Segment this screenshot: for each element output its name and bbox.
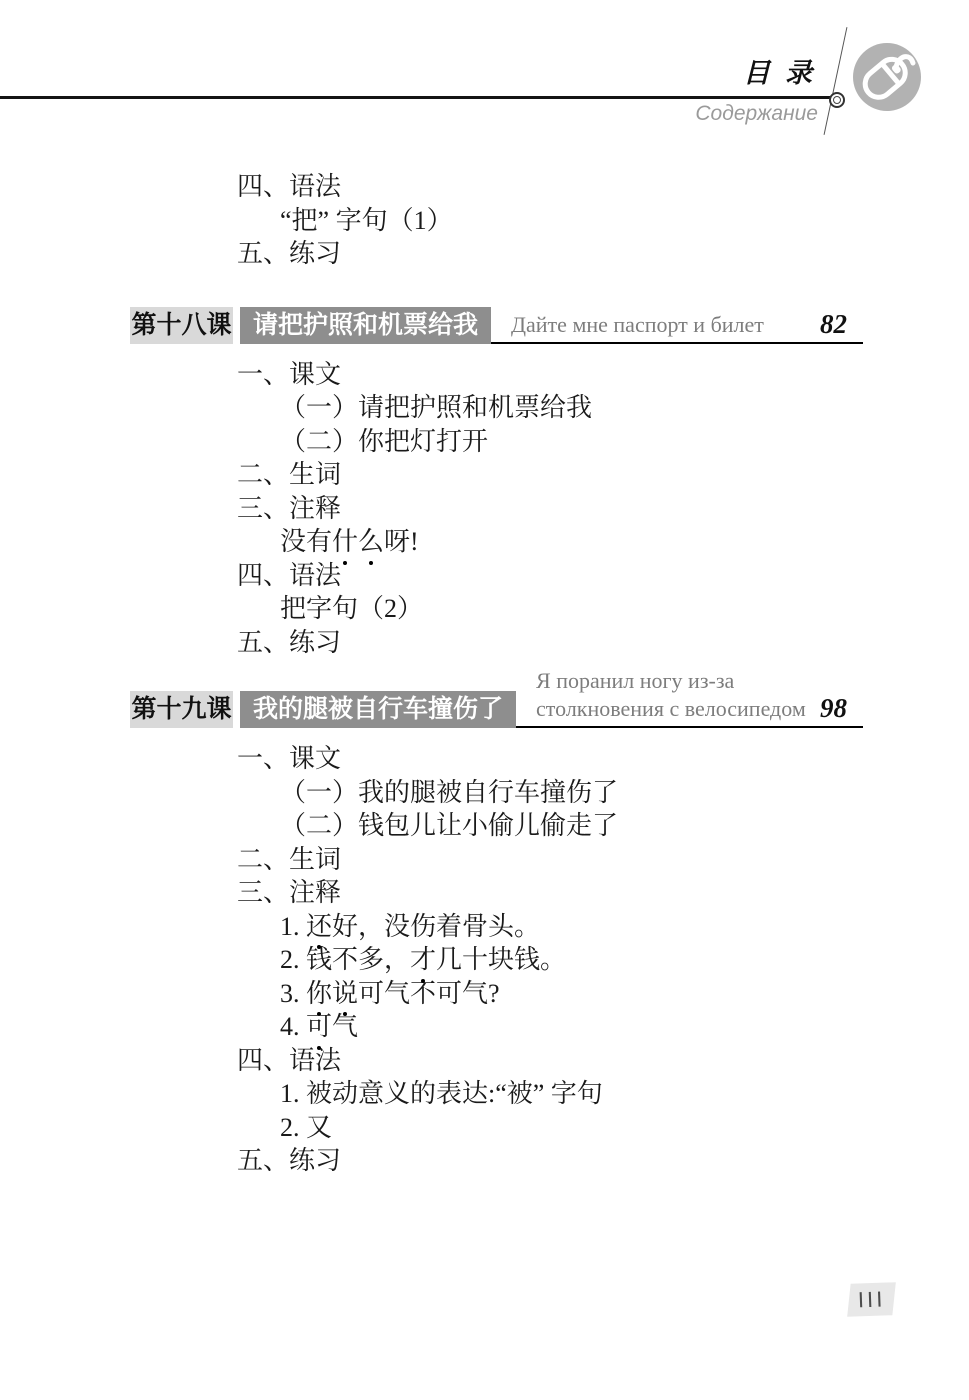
toc-item: 一、课文 (237, 358, 863, 392)
text-run: 四、语法 (237, 1046, 341, 1075)
emphasized-char: 可 (306, 1010, 332, 1044)
toc-item: 2. 又 (280, 1111, 863, 1145)
toc-item: 二、生词 (237, 843, 863, 877)
lesson-header-right: Дайте мне паспорт и билет82 (491, 307, 863, 344)
text-run: 四、语法 (237, 561, 341, 590)
lesson-page-number: 82 (820, 309, 863, 342)
text-run: 4. (280, 1012, 306, 1041)
toc-item: 一、课文 (237, 742, 863, 776)
text-run: 一、课文 (237, 744, 341, 773)
emphasized-char: 才 (410, 943, 436, 977)
emphasized-char: 你 (306, 977, 332, 1011)
text-run: 1. 被动意义的表达:“被” 字句 (280, 1079, 603, 1108)
text-run: （一）我的腿被自行车撞伤了 (280, 778, 618, 807)
emphasized-char: 么 (358, 525, 384, 559)
toc-item: 把字句（2） (280, 592, 863, 626)
text-run: 二、生词 (237, 845, 341, 874)
lesson-subtitle-russian: Я поранил ногу из-застолкновения с велос… (516, 667, 820, 726)
lesson-title: 我的腿被自行车撞伤了 (240, 691, 516, 728)
toc-item: 1. 还好，没伤着骨头。 (280, 910, 863, 944)
text-run: 五、练习 (237, 239, 341, 268)
lesson-title: 请把护照和机票给我 (240, 307, 491, 344)
lesson-page-number: 98 (820, 693, 863, 726)
text-run: （二）钱包儿让小偷儿偷走了 (280, 811, 618, 840)
lesson-header: 第十八课请把护照和机票给我Дайте мне паспорт и билет82 (130, 307, 863, 344)
text-run: 1. (280, 912, 306, 941)
toc-item: （一）我的腿被自行车撞伤了 (280, 776, 863, 810)
text-run: 可气不可气? (358, 979, 500, 1008)
lesson-number-tag: 第十八课 (130, 307, 233, 344)
folio-page-number: III (847, 1282, 896, 1317)
toc-item: 三、注释 (237, 492, 863, 526)
toc-item: “把” 字句（1） (280, 204, 863, 238)
toc-item: 三、注释 (237, 876, 863, 910)
toc-page: 目 录 Содержание 四、语法“把” 字句（1）五、练习第十八课请把护照… (0, 0, 969, 1400)
text-run: 气 (332, 1012, 358, 1041)
toc-block: 一、课文（一）请把护照和机票给我（二）你把灯打开二、生词三、注释没有什么呀!四、… (130, 358, 863, 660)
text-run: “把” 字句（1） (280, 206, 453, 235)
text-run: 呀! (384, 527, 419, 556)
toc-item: 五、练习 (237, 1144, 863, 1178)
toc-item: 2. 钱不多，才几十块钱。 (280, 943, 863, 977)
text-run: 2. 钱不多， (280, 945, 410, 974)
text-run: 二、生词 (237, 460, 341, 489)
text-run: 好，没伤着骨头。 (332, 912, 540, 941)
text-run: 把字句（2） (280, 594, 423, 623)
toc-item: 1. 被动意义的表达:“被” 字句 (280, 1077, 863, 1111)
emphasized-char: 什 (332, 525, 358, 559)
lesson-header: 第十九课我的腿被自行车撞伤了Я поранил ногу из-застолкн… (130, 667, 863, 728)
russian-line: Дайте мне паспорт и билет (511, 311, 812, 339)
emphasized-char: 说 (332, 977, 358, 1011)
text-run: 三、注释 (237, 494, 341, 523)
toc-item: 五、练习 (237, 626, 863, 660)
toc-item: 四、语法 (237, 559, 863, 593)
toc-item: 四、语法 (237, 1044, 863, 1078)
russian-line: Я поранил ногу из-за (536, 667, 812, 695)
toc-body: 四、语法“把” 字句（1）五、练习第十八课请把护照和机票给我Дайте мне … (130, 0, 863, 1178)
text-run: 没有 (280, 527, 332, 556)
text-run: 五、练习 (237, 628, 341, 657)
lesson-subtitle-russian: Дайте мне паспорт и билет (491, 311, 820, 342)
toc-item: 4. 可气 (280, 1010, 863, 1044)
lesson-number-tag: 第十九课 (130, 691, 233, 728)
toc-item: （一）请把护照和机票给我 (280, 391, 863, 425)
lesson-header-right: Я поранил ногу из-застолкновения с велос… (516, 667, 863, 728)
toc-block: 一、课文（一）我的腿被自行车撞伤了（二）钱包儿让小偷儿偷走了二、生词三、注释1.… (130, 742, 863, 1178)
text-run: 2. 又 (280, 1113, 332, 1142)
toc-item: 3. 你说可气不可气? (280, 977, 863, 1011)
toc-block: 四、语法“把” 字句（1）五、练习 (130, 170, 863, 271)
toc-item: 五、练习 (237, 237, 863, 271)
text-run: 一、课文 (237, 360, 341, 389)
text-run: 五、练习 (237, 1146, 341, 1175)
text-run: （一）请把护照和机票给我 (280, 393, 592, 422)
text-run: 三、注释 (237, 878, 341, 907)
toc-item: （二）你把灯打开 (280, 425, 863, 459)
toc-item: 没有什么呀! (280, 525, 863, 559)
text-run: 3. (280, 979, 306, 1008)
toc-item: 四、语法 (237, 170, 863, 204)
russian-line: столкновения с велосипедом (536, 695, 812, 723)
emphasized-char: 还 (306, 910, 332, 944)
text-run: 几十块钱。 (436, 945, 566, 974)
toc-item: （二）钱包儿让小偷儿偷走了 (280, 809, 863, 843)
folio-label: III (857, 1286, 885, 1313)
text-run: （二）你把灯打开 (280, 427, 488, 456)
toc-item: 二、生词 (237, 458, 863, 492)
text-run: 四、语法 (237, 172, 341, 201)
